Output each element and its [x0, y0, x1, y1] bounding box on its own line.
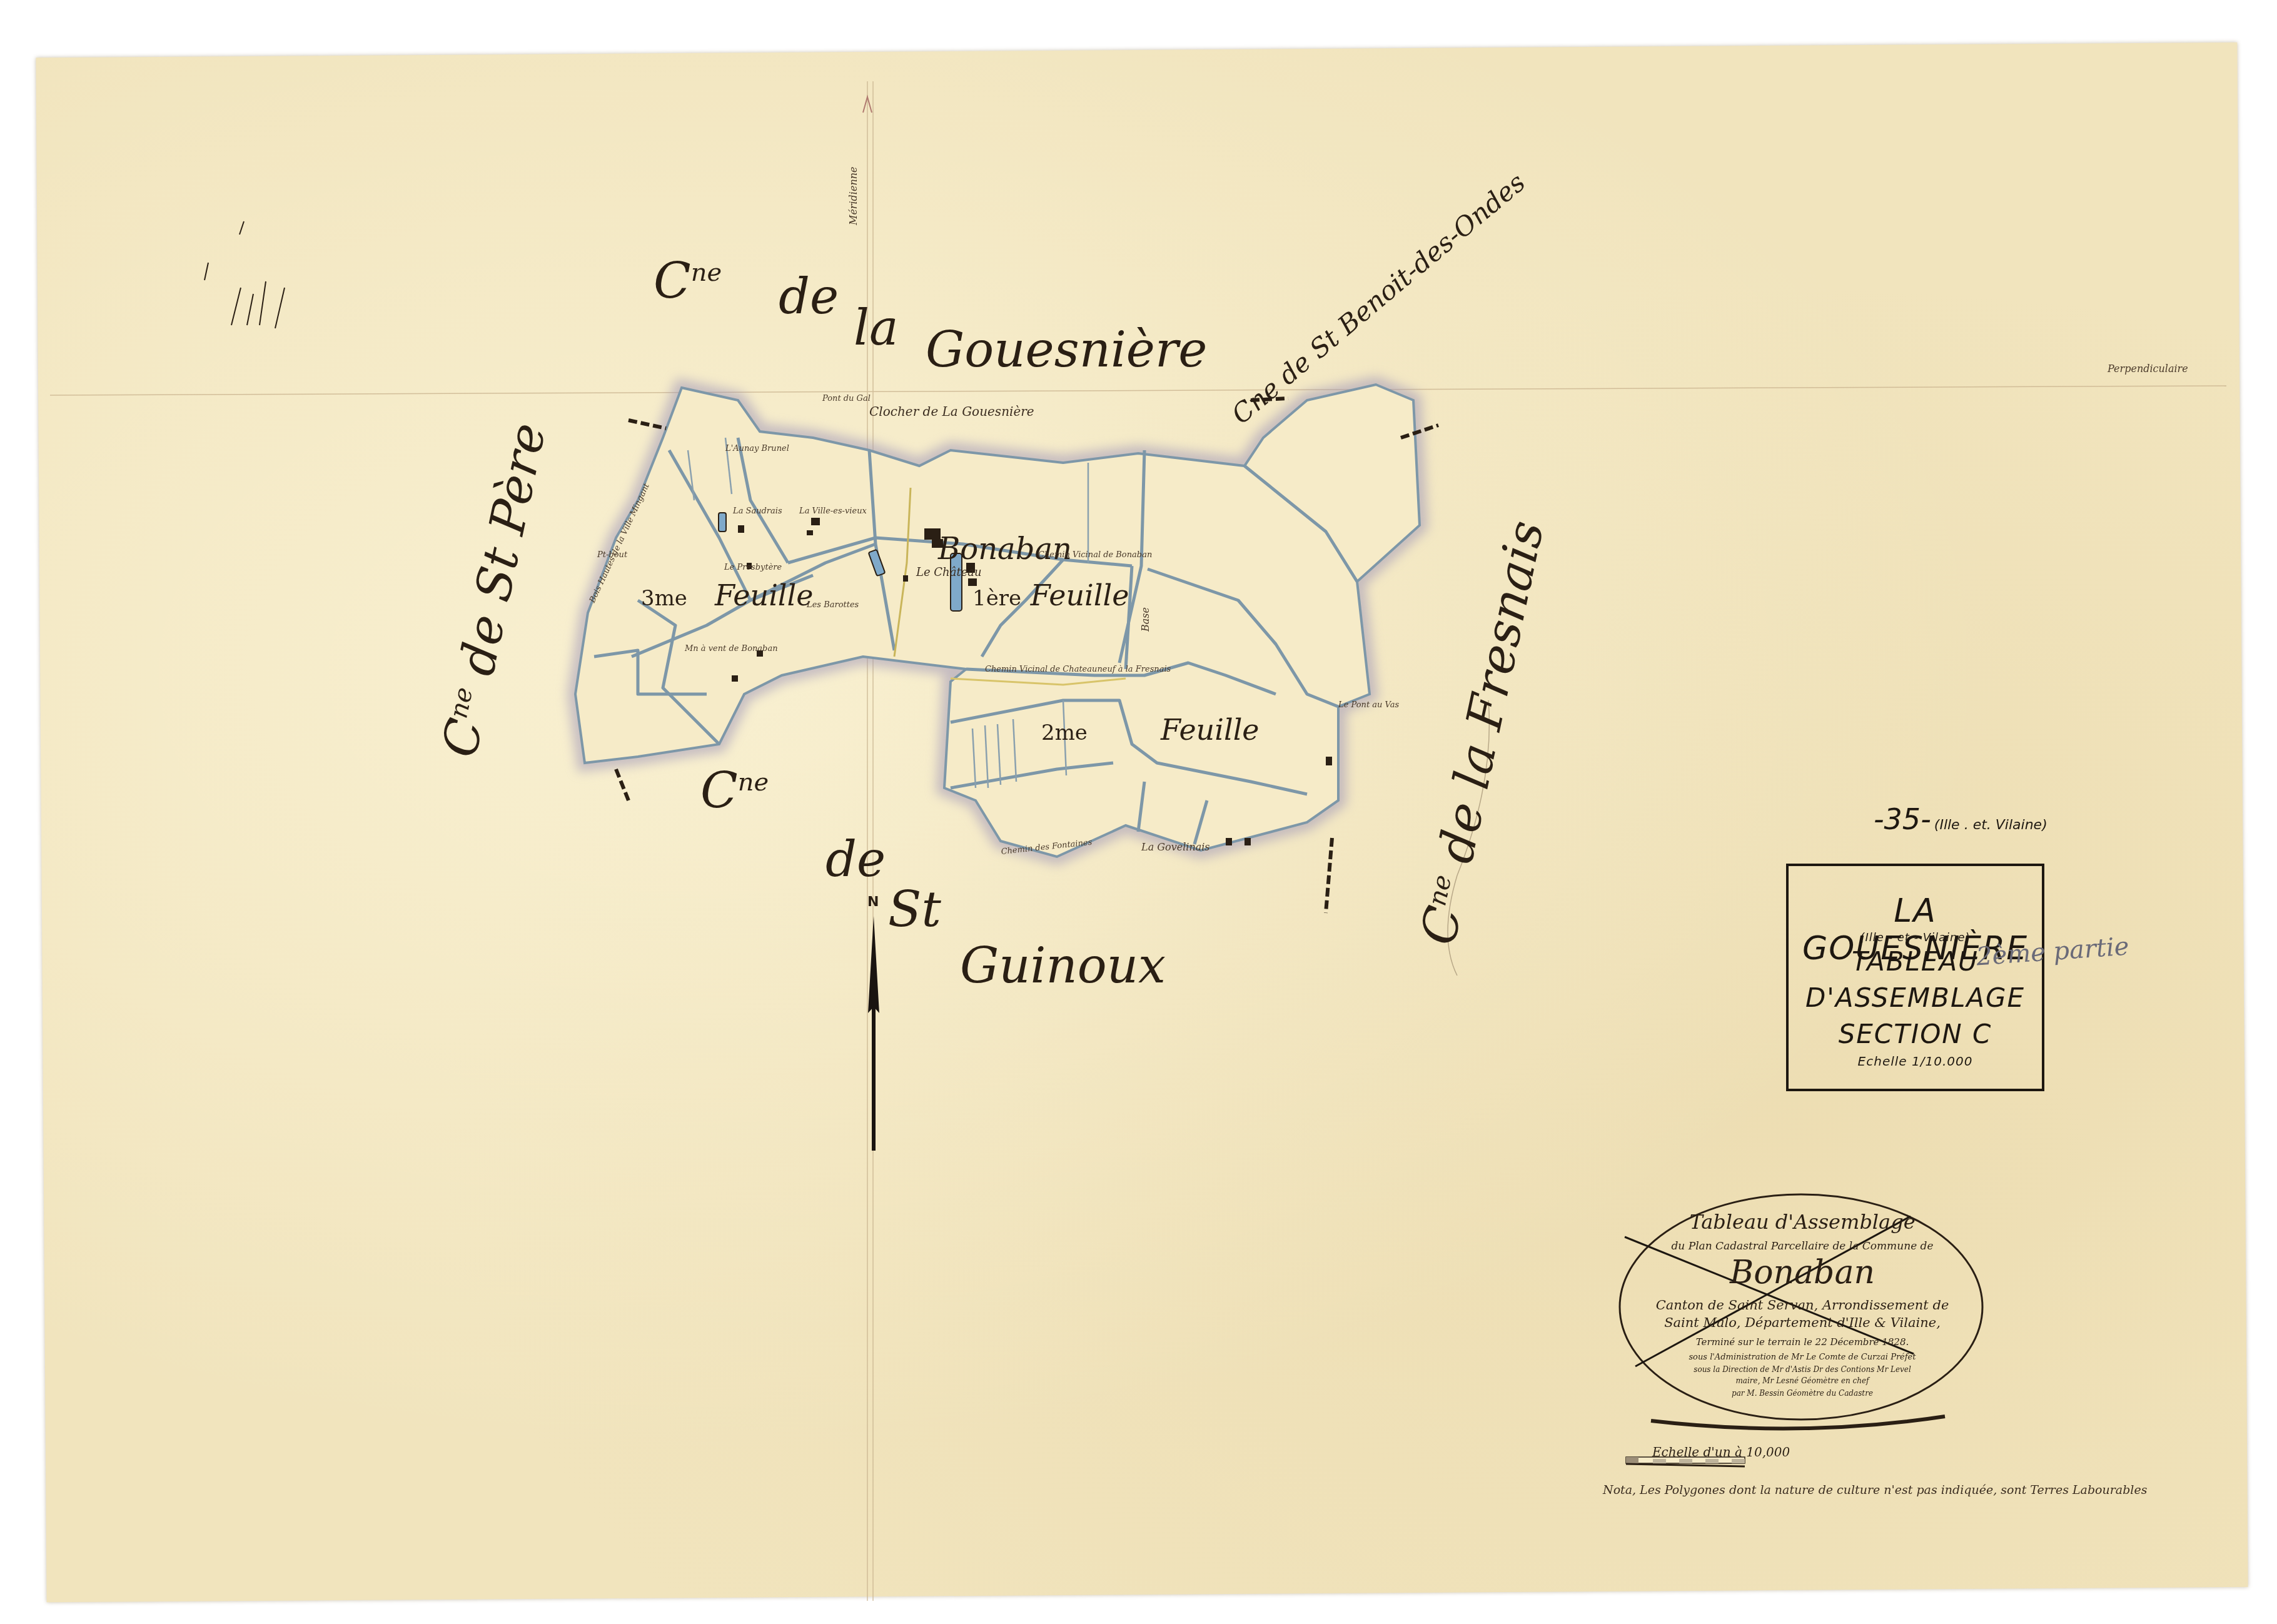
cartouche-department: Saint Malo, Département d'Ille & Vilaine… [1618, 1315, 1987, 1330]
scale-bar-label: Echelle d'un à 10,000 [1652, 1445, 1790, 1460]
place-label-pont-au-vas: Le Pont au Vas [1338, 700, 1399, 710]
place-label-presbytere: Le Presbytère [724, 563, 782, 572]
title-section: SECTION C [1789, 1019, 2042, 1049]
cartouche-direction: sous la Direction de Mr d'Astis Dr des C… [1618, 1365, 1987, 1374]
place-label-chateau: Le Château [916, 566, 982, 579]
place-label-bonaban: Bonaban [938, 532, 1072, 567]
commune-label-st-guinoux: Cne [700, 763, 769, 819]
sheet-label-3: 3me Feuille [641, 578, 813, 612]
title-scale: Echelle 1/10.000 [1789, 1054, 2042, 1069]
road-label-chateauneuf: Chemin Vicinal de Chateauneuf à la Fresn… [985, 665, 1171, 674]
place-label-saudrais: La Saudrais [733, 507, 782, 516]
commune-label-gouesniere-de: de [779, 269, 839, 325]
line-label-base: Base [1139, 607, 1151, 632]
place-label-moulin: Mn à vent de Bonaban [685, 644, 778, 653]
footnote: Nota, Les Polygones dont la nature de cu… [1603, 1483, 2147, 1497]
place-label-ville-es-vieux: La Ville-es-vieux [799, 507, 867, 516]
cartouche-title: Tableau d'Assemblage [1618, 1210, 1987, 1234]
cartouche-administration: sous l'Administration de Mr Le Comte de … [1618, 1353, 1987, 1362]
road-label-bonaban: Chemin Vicinal de Bonaban [1038, 550, 1152, 560]
sheet-label-1: 1ère Feuille [972, 578, 1129, 612]
cartouche-commune: Bonaban [1618, 1254, 1987, 1291]
commune-label-gouesniere: Cne [654, 253, 722, 310]
cartouche-geometre: par M. Bessin Géomètre du Cadastre [1618, 1389, 1987, 1398]
title-block: LA GOUESNIÈRE (Ille - et - Vilaine) TABL… [1786, 864, 2044, 1091]
sheet-label-2: 2me Feuille [1041, 713, 1260, 747]
place-label-pont-du-gal: Pont du Gal [822, 394, 871, 403]
commune-label-st-guinoux-name: Guinoux [960, 938, 1166, 994]
cartouche: Tableau d'Assemblage du Plan Cadastral P… [1618, 1191, 1987, 1426]
cartouche-maire: maire, Mr Lesné Géomètre en chef [1618, 1376, 1987, 1385]
commune-label-st-guinoux-de: de [825, 832, 886, 888]
place-label-perpendiculaire: Perpendiculaire [2108, 363, 2188, 375]
commune-label-gouesniere-la: la [854, 300, 898, 356]
place-label-aunay: L'Aunay Brunel [725, 444, 789, 453]
commune-label-st-guinoux-st: St [888, 882, 941, 938]
cartouche-canton: Canton de Saint Servan, Arrondissement d… [1618, 1298, 1987, 1313]
north-arrow-icon [868, 916, 879, 1151]
cartouche-subtitle: du Plan Cadastral Parcellaire de la Comm… [1618, 1240, 1987, 1253]
place-label-barottes: Les Barottes [807, 600, 859, 610]
place-label-meridienne: Méridienne [847, 166, 859, 225]
cartouche-date: Terminé sur le terrain le 22 Décembre 18… [1618, 1336, 1987, 1348]
title-assemblage: D'ASSEMBLAGE [1789, 982, 2042, 1013]
commune-label-gouesniere-name: Gouesnière [926, 322, 1207, 378]
department-number-label: -35- (Ille . et. Vilaine) [1874, 802, 2047, 836]
place-label-govelinais: La Govelinais [1141, 841, 1210, 853]
place-label-clocher: Clocher de La Gouesnière [869, 404, 1034, 419]
north-label: N [867, 894, 879, 910]
